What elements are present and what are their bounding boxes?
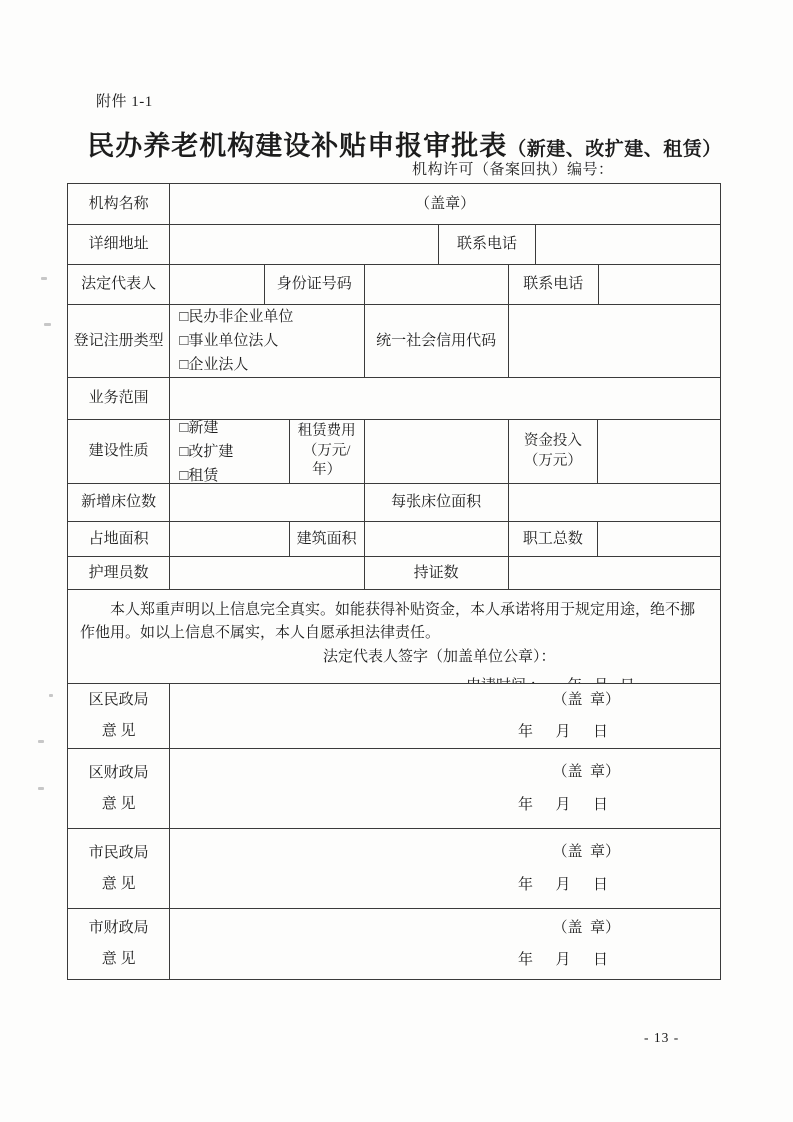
new-beds-value-cell: [170, 484, 364, 521]
staff-total-value-cell: [598, 522, 720, 556]
form-title-main: 民办养老机构建设补贴申报审批表: [87, 131, 507, 161]
scan-artifact: [49, 694, 53, 697]
address-phone-label: 联系电话: [439, 225, 536, 264]
construction-label: 建设性质: [68, 420, 170, 483]
row-new-beds: 新增床位数 每张床位面积: [68, 484, 720, 522]
investment-label: 资金投入 （万元）: [509, 420, 598, 483]
credit-code-value-cell: [509, 305, 720, 377]
row-caregivers: 护理员数 持证数: [68, 557, 720, 590]
scanned-form-page: 附件 1-1 民办养老机构建设补贴申报审批表（新建、改扩建、租赁） 机构许可（备…: [0, 0, 793, 1122]
district-civil-affairs-opinion-cell: （盖 章） 年 月 日: [170, 684, 720, 748]
building-area-label: 建筑面积: [290, 522, 365, 556]
row-district-civil-affairs-opinion: 区民政局 意 见 （盖 章） 年 月 日: [68, 684, 720, 749]
district-finance-opinion-label: 区财政局 意 见: [68, 749, 170, 828]
row-org-name: 机构名称 （盖章）: [68, 184, 720, 225]
date-line: 年 月 日: [518, 950, 608, 970]
caregivers-label: 护理员数: [68, 557, 170, 589]
license-number-label: 机构许可（备案回执）编号：: [412, 158, 614, 179]
address-phone-value-cell: [536, 225, 720, 264]
row-construction: 建设性质 □新建 □改扩建 □租赁 租赁费用 （万元/ 年） 资金投入 （万元）: [68, 420, 720, 484]
date-line: 年 月 日: [518, 875, 608, 895]
bed-area-label: 每张床位面积: [365, 484, 509, 521]
certified-label: 持证数: [365, 557, 509, 589]
land-area-value-cell: [170, 522, 289, 556]
row-district-finance-opinion: 区财政局 意 见 （盖 章） 年 月 日: [68, 749, 720, 829]
address-value-cell: [170, 225, 439, 264]
date-line: 年 月 日: [518, 795, 608, 815]
certified-value-cell: [509, 557, 720, 589]
application-form-table: 机构名称 （盖章） 详细地址 联系电话 法定代表人 身份证号码 联系电话 登记注…: [67, 183, 721, 980]
city-finance-opinion-cell: （盖 章） 年 月 日: [170, 909, 720, 979]
scan-artifact: [38, 787, 44, 790]
row-city-finance-opinion: 市财政局 意 见 （盖 章） 年 月 日: [68, 909, 720, 979]
land-area-label: 占地面积: [68, 522, 170, 556]
scan-artifact: [38, 740, 44, 743]
org-name-value-cell: （盖章）: [170, 184, 720, 224]
district-finance-opinion-cell: （盖 章） 年 月 日: [170, 749, 720, 828]
city-civil-affairs-opinion-cell: （盖 章） 年 月 日: [170, 829, 720, 908]
row-city-civil-affairs-opinion: 市民政局 意 见 （盖 章） 年 月 日: [68, 829, 720, 909]
legal-rep-value-cell: [170, 265, 265, 304]
row-legal-rep: 法定代表人 身份证号码 联系电话: [68, 265, 720, 305]
declaration-cell: 本人郑重声明以上信息完全真实。如能获得补贴资金，本人承诺将用于规定用途，绝不挪作…: [68, 590, 720, 683]
legal-rep-phone-label: 联系电话: [509, 265, 599, 304]
row-land-area: 占地面积 建筑面积 职工总数: [68, 522, 720, 557]
seal-hint: （盖 章）: [552, 762, 620, 782]
legal-rep-id-value-cell: [365, 265, 509, 304]
rent-fee-label: 租赁费用 （万元/ 年）: [290, 420, 365, 483]
staff-total-label: 职工总数: [509, 522, 598, 556]
row-business-scope: 业务范围: [68, 378, 720, 420]
seal-hint: （盖 章）: [552, 918, 620, 938]
new-beds-label: 新增床位数: [68, 484, 170, 521]
seal-hint: （盖 章）: [552, 842, 620, 862]
reg-type-label: 登记注册类型: [68, 305, 170, 377]
scan-artifact: [41, 277, 47, 280]
credit-code-label: 统一社会信用代码: [365, 305, 509, 377]
city-finance-opinion-label: 市财政局 意 见: [68, 909, 170, 979]
declaration-text: 本人郑重声明以上信息完全真实。如能获得补贴资金，本人承诺将用于规定用途，绝不挪作…: [80, 599, 708, 644]
seal-hint: （盖 章）: [552, 690, 620, 710]
signature-line: 法定代表人签字（加盖单位公章）：: [323, 647, 708, 668]
scan-artifact: [44, 323, 51, 326]
address-label: 详细地址: [68, 225, 170, 264]
investment-value-cell: [598, 420, 720, 483]
reg-type-options: □民办非企业单位 □事业单位法人 □企业法人: [170, 305, 364, 377]
bed-area-value-cell: [509, 484, 720, 521]
form-title-suffix: （新建、改扩建、租赁）: [507, 139, 722, 160]
business-scope-label: 业务范围: [68, 378, 170, 419]
application-date-line: 申请时间 ： 年 月 日: [466, 676, 708, 683]
business-scope-value-cell: [170, 378, 720, 419]
form-title: 民办养老机构建设补贴申报审批表（新建、改扩建、租赁）: [8, 124, 793, 163]
row-reg-type: 登记注册类型 □民办非企业单位 □事业单位法人 □企业法人 统一社会信用代码: [68, 305, 720, 378]
district-civil-affairs-opinion-label: 区民政局 意 见: [68, 684, 170, 748]
row-address: 详细地址 联系电话: [68, 225, 720, 265]
legal-rep-phone-value-cell: [599, 265, 720, 304]
row-declaration: 本人郑重声明以上信息完全真实。如能获得补贴资金，本人承诺将用于规定用途，绝不挪作…: [68, 590, 720, 684]
caregivers-value-cell: [170, 557, 364, 589]
legal-rep-id-label: 身份证号码: [265, 265, 365, 304]
page-number: - 13 -: [644, 1030, 679, 1046]
legal-rep-label: 法定代表人: [68, 265, 170, 304]
city-civil-affairs-opinion-label: 市民政局 意 见: [68, 829, 170, 908]
building-area-value-cell: [365, 522, 509, 556]
construction-options: □新建 □改扩建 □租赁: [170, 420, 289, 483]
rent-fee-value-cell: [365, 420, 509, 483]
org-name-label: 机构名称: [68, 184, 170, 224]
attachment-label: 附件 1-1: [96, 90, 153, 111]
date-line: 年 月 日: [518, 722, 608, 742]
